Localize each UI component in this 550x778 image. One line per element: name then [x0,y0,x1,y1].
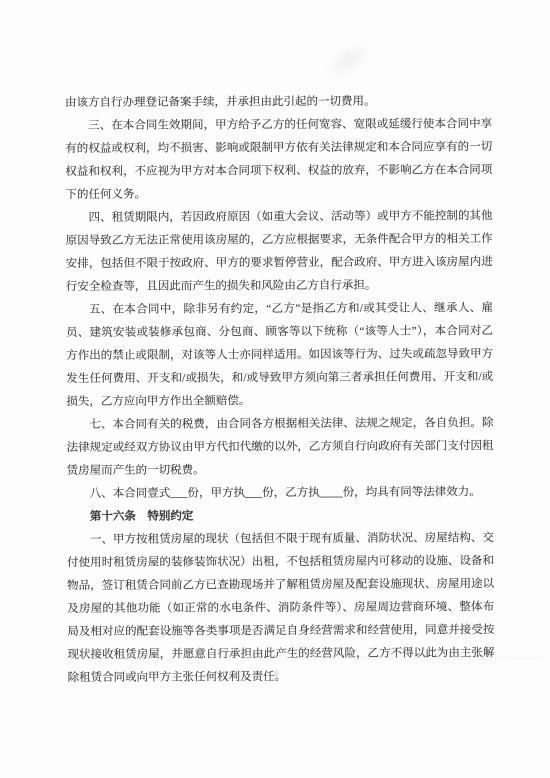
clause-5: 五、在本合同中，除非另有约定，“乙方”是指乙方和/或其受让人、继承人、雇员、建筑… [66,297,493,414]
contract-text-block: 由该方自行办理登记备案手续，并承担由此引起的一切费用。 三、在本合同生效期间，甲… [65,90,495,690]
clause-4: 四、租赁期限内，若因政府原因（如重大会议、活动等）或甲方不能控制的其他原因导致乙… [66,205,493,299]
scanned-contract-page: 由该方自行办理登记备案手续，并承担由此引起的一切费用。 三、在本合同生效期间，甲… [0,0,550,778]
clause-3: 三、在本合同生效期间，甲方给予乙方的任何宽容、宽限或延缓行使本合同中享有的权益或… [65,113,492,207]
article-16-heading: 第十六条 特别约定 [67,504,494,529]
clause-8-copies: 八、本合同壹式___份，甲方执___份，乙方执____份，均具有同等法律效力。 [67,481,494,506]
special-clause-1: 一、甲方按租赁房屋的现状（包括但不限于现有质量、消防状况、房屋结构、交付使用时租… [67,527,495,690]
clause-continuation: 由该方自行办理登记备案手续，并承担由此引起的一切费用。 [65,90,492,115]
clause-7: 七、本合同有关的税费，由合同各方根据相关法律、法规之规定，各自负担。除法律规定或… [66,412,493,483]
scan-smudge [320,34,379,87]
